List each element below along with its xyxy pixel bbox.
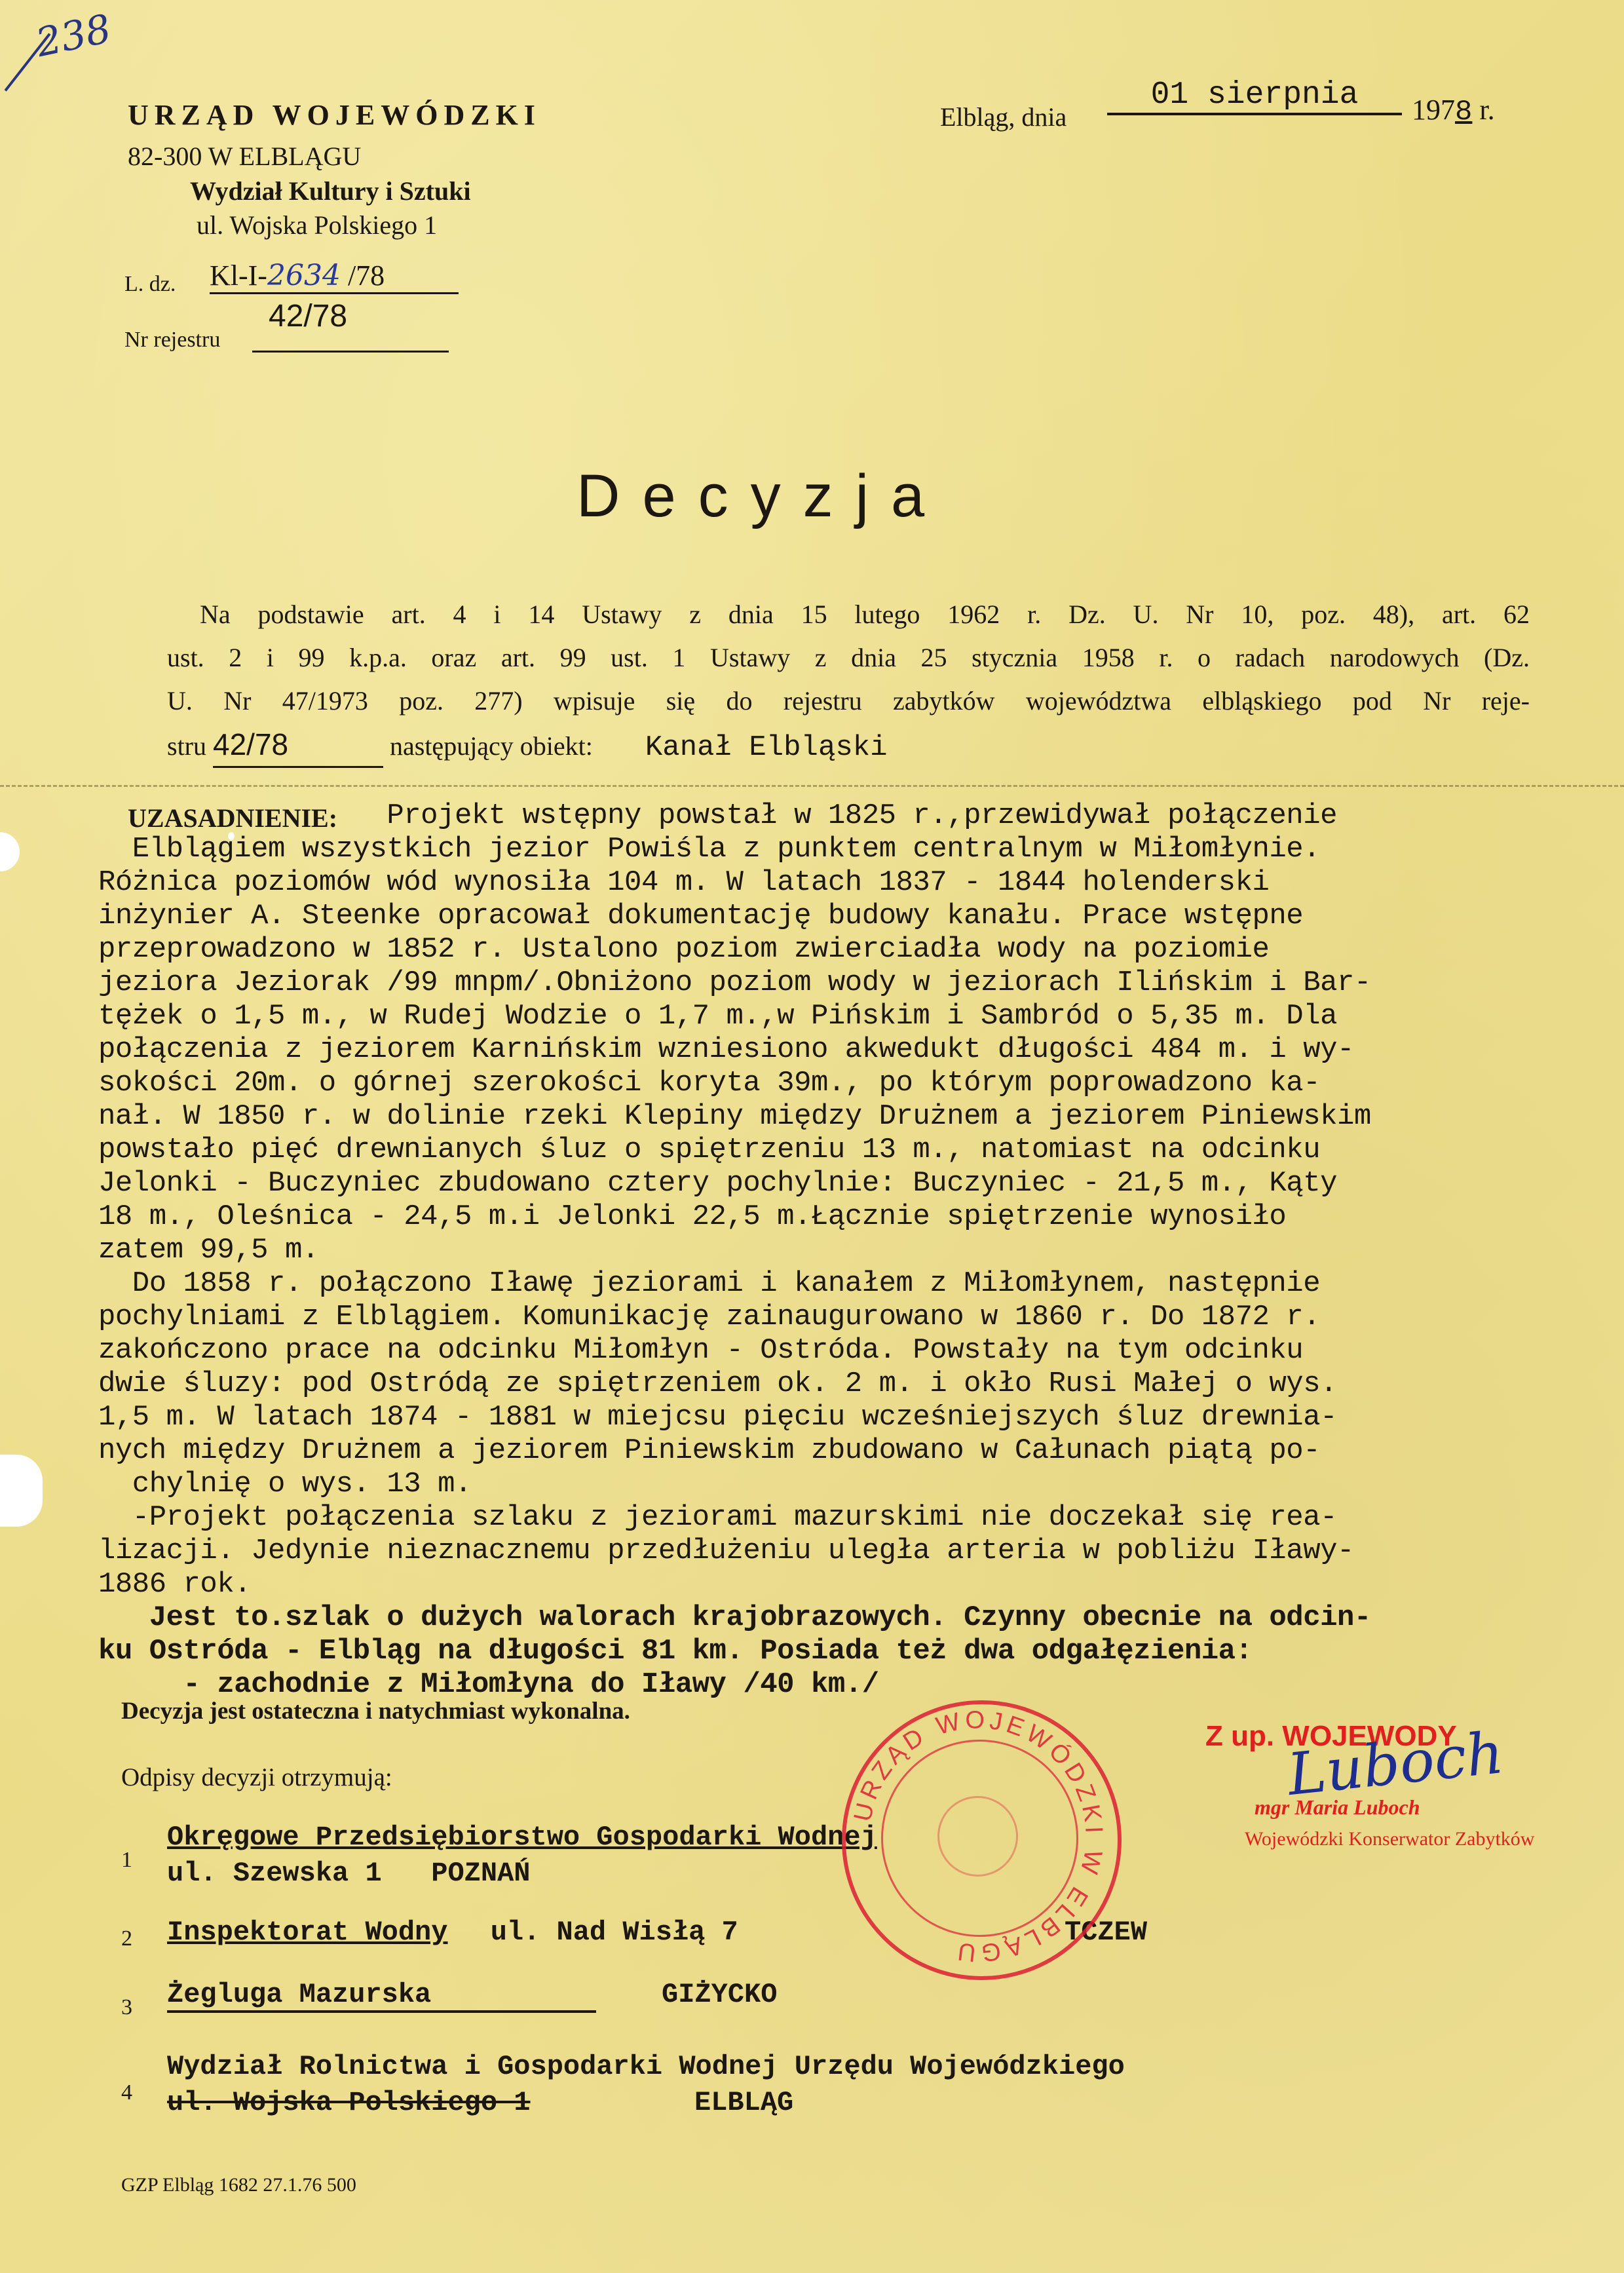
office-city: 82-300 W ELBLĄGU [128,141,361,172]
svg-text:URZĄD WOJEWÓDZKI W ELBLĄGU: URZĄD WOJEWÓDZKI W ELBLĄGU [852,1710,1104,1962]
preamble-line: Na podstawie art. 4 i 14 Ustawy z dnia 1… [167,593,1530,636]
date-label: Elbląg, dnia [940,102,1067,132]
recipient-address: ul. Szewska 1 POZNAŃ [167,1858,531,1889]
signatory-name: mgr Maria Luboch [1255,1795,1420,1820]
recipient-4-city: ELBLĄG [694,2087,793,2118]
document-title: Decyzja [576,462,947,531]
recipient-4-street: ul. Wojska Polskiego 1 [167,2087,531,2118]
recipient-2-address: ul. Nad Wisłą 7 [491,1917,738,1948]
justification-line: ku Ostróda - Elbląg na długości 81 km. P… [98,1635,1624,1668]
justification-line: nych między Drużnem a jeziorem Piniewski… [98,1434,1624,1468]
ldz-number: Kl-I-2634 /78 [210,259,459,294]
justification-text: Projekt wstępny powstał w 1825 r.,przewi… [98,799,1624,1702]
justification-line: -Projekt połączenia szlaku z jeziorami m… [98,1501,1624,1535]
date-value: 01 sierpnia [1107,77,1402,115]
punch-hole [0,1455,43,1527]
final-statement: Decyzja jest ostateczna i natychmiast wy… [121,1697,630,1725]
punch-hole [0,832,20,871]
recipient-1-name: Okręgowe Przedsiębiorstwo Gospodarki Wod… [167,1822,877,1853]
recipient-3-city: GIŻYCKO [662,1979,777,2010]
recipient-number: 4 [121,2080,132,2105]
object-name: Kanał Elbląski [645,731,888,764]
register-number: 42/78 [213,723,383,768]
handwritten-number: 238 [32,6,115,66]
year: 1978 r. [1412,93,1495,128]
preamble-line: ust. 2 i 99 k.p.a. oraz art. 99 ust. 1 U… [167,636,1530,679]
justification-line: zakończono prace na odcinku Miłomłyn - O… [98,1334,1624,1367]
register-underline [252,351,449,353]
justification-line: Różnica poziomów wód wynosiła 104 m. W l… [98,866,1624,900]
recipient-2-line: Inspektorat Wodny ul. Nad Wisłą 7 [167,1917,738,1948]
office-street: ul. Wojska Polskiego 1 [197,210,437,240]
recipient-4-name: Wydział Rolnictwa i Gospodarki Wodnej Ur… [167,2051,1125,2082]
fold-crease [0,785,1624,792]
justification-line: Do 1858 r. połączono Iławę jeziorami i k… [98,1267,1624,1301]
justification-line: powstało pięć drewnianych śluz o spiętrz… [98,1134,1624,1167]
justification-line: inżynier A. Steenke opracował dokumentac… [98,900,1624,933]
justification-line: chylnię o wys. 13 m. [98,1468,1624,1501]
recipient-number: 3 [121,1995,132,2020]
recipient-4-address: ul. Wojska Polskiego 1 [167,2087,531,2118]
department-name: Wydział Kultury i Sztuki [190,176,471,206]
justification-line: tężek o 1,5 m., w Rudej Wodzie o 1,7 m.,… [98,1000,1624,1033]
signatory-role: Wojewódzki Konserwator Zabytków [1245,1828,1534,1850]
justification-line: 1,5 m. W latach 1874 - 1881 w miejcsu pi… [98,1401,1624,1434]
year-suffix: r. [1479,94,1494,126]
justification-line: przeprowadzono w 1852 r. Ustalono poziom… [98,933,1624,966]
ldz-prefix: Kl-I- [210,259,267,292]
justification-line: Elblągiem wszystkich jezior Powiśla z pu… [98,833,1624,866]
printer-imprint: GZP Elbląg 1682 27.1.76 500 [121,2174,356,2196]
copies-label: Odpisy decyzji otrzymują: [121,1763,392,1792]
legal-preamble: Na podstawie art. 4 i 14 Ustawy z dnia 1… [167,593,1530,769]
preamble-object-label: następujący obiekt: [390,731,593,761]
preamble-register-prefix: stru [167,731,206,761]
justification-line: 18 m., Oleśnica - 24,5 m.i Jelonki 22,5 … [98,1200,1624,1234]
preamble-line-register: stru 42/78 następujący obiekt: Kanał Elb… [167,723,1530,769]
justification-line: jeziora Jeziorak /99 mnpm/.Obniżono pozi… [98,966,1624,1000]
recipient-number: 2 [121,1926,132,1951]
justification-line: nał. W 1850 r. w dolinie rzeki Klepiny m… [98,1100,1624,1134]
ldz-handwritten-number: 2634 [267,259,341,292]
justification-line: Projekt wstępny powstał w 1825 r.,przewi… [98,799,1624,833]
office-name: URZĄD WOJEWÓDZKI [128,98,541,132]
official-seal-text: URZĄD WOJEWÓDZKI W ELBLĄGU [852,1710,1104,1962]
ldz-suffix: /78 [348,259,385,292]
justification-line: sokości 20m. o górnej szerokości koryta … [98,1067,1624,1100]
recipient-name: Okręgowe Przedsiębiorstwo Gospodarki Wod… [167,1822,877,1853]
ldz-label: L. dz. [124,272,176,297]
year-prefix: 197 [1412,94,1455,126]
year-digit: 8 [1455,96,1472,128]
recipient-number: 1 [121,1848,132,1873]
register-handwritten: 42/78 [269,298,347,334]
justification-line: lizacji. Jedynie nieznacznemu przedłużen… [98,1535,1624,1568]
recipient-2-name: Inspektorat Wodny [167,1917,447,1948]
preamble-line: U. Nr 47/1973 poz. 277) wpisuje się do r… [167,679,1530,723]
justification-line: Jelonki - Buczyniec zbudowano cztery poc… [98,1167,1624,1200]
eagle-emblem-icon [939,1797,1017,1876]
justification-line: pochylniami z Elblągiem. Komunikację zai… [98,1301,1624,1334]
justification-line: 1886 rok. [98,1568,1624,1601]
register-label: Nr rejestru [124,328,220,353]
justification-line: dwie śluzy: pod Ostródą ze spiętrzeniem … [98,1367,1624,1401]
justification-line: zatem 99,5 m. [98,1234,1624,1267]
justification-line: Jest to.szlak o dużych walorach krajobra… [98,1601,1624,1635]
justification-line: połączenia z jeziorem Karnińskim wzniesi… [98,1033,1624,1067]
recipient-3-name: Żegluga Mazurska [167,1979,596,2013]
